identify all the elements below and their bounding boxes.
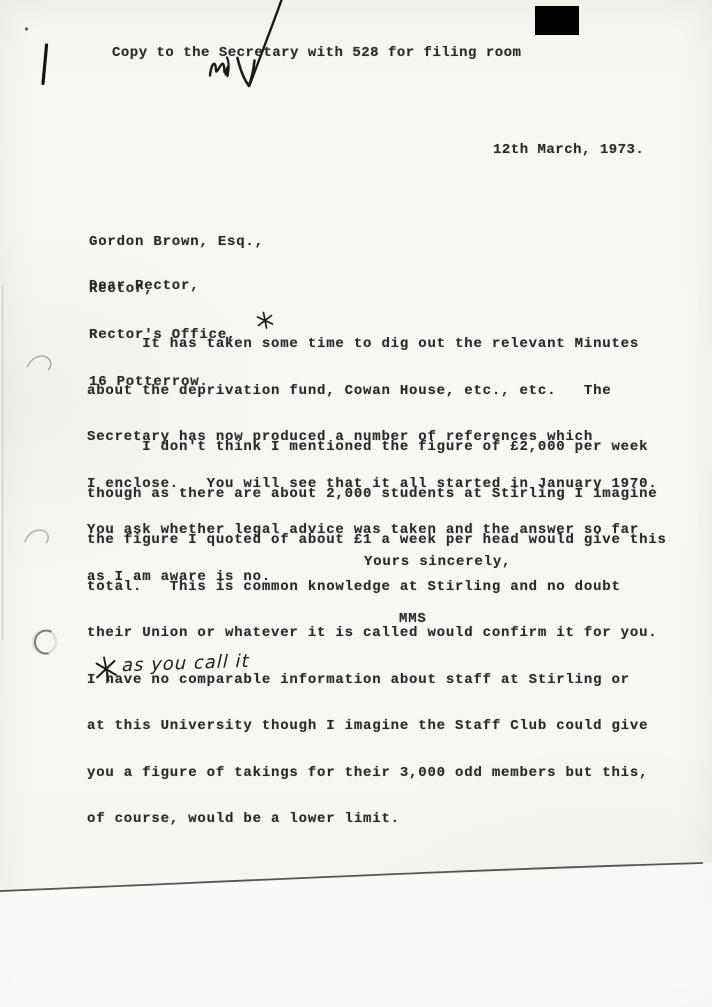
salutation: Dear Rector, [89,279,199,295]
margin-arc-artifact [25,530,48,542]
body-line: their Union or whatever it is called wou… [87,626,667,642]
body-line: It has taken some time to dig out the re… [87,337,657,353]
signature-initials: MMS [399,612,427,628]
pen-diagonal-stroke [250,0,282,86]
punch-hole-ghost [33,631,56,654]
handwritten-initials [210,64,229,76]
body-line: I don't think I mentioned the figure of … [87,440,667,456]
body-line: you a figure of takings for their 3,000 … [87,766,667,782]
recipient-line: Gordon Brown, Esq., [89,235,264,251]
body-line: of course, would be a lower limit. [87,812,667,828]
pen-checkmark [238,58,255,86]
copy-routing-note: Copy to the Secretary with 528 for filin… [112,46,521,62]
margin-arc-artifact [28,356,51,369]
letter-date: 12th March, 1973. [493,143,644,159]
punch-hole-arc [35,631,51,654]
body-line: at this University though I imagine the … [87,719,667,735]
body-line: I have no comparable information about s… [87,673,667,689]
body-line: the figure I quoted of about £1 a week p… [87,533,667,549]
closing-line: Yours sincerely, [364,555,511,571]
paragraph-2: I don't think I mentioned the figure of … [87,409,667,859]
pen-vertical-stroke [43,45,47,84]
handwritten-footnote-text: as you call it [122,651,250,676]
body-line: about the deprivation fund, Cowan House,… [87,384,657,400]
body-line: total. This is common knowledge at Stirl… [87,580,667,596]
body-line: though as there are about 2,000 students… [87,487,667,503]
ink-speck [25,27,28,30]
scanned-letter-page: Copy to the Secretary with 528 for filin… [0,0,712,1007]
redaction-box [535,6,579,35]
